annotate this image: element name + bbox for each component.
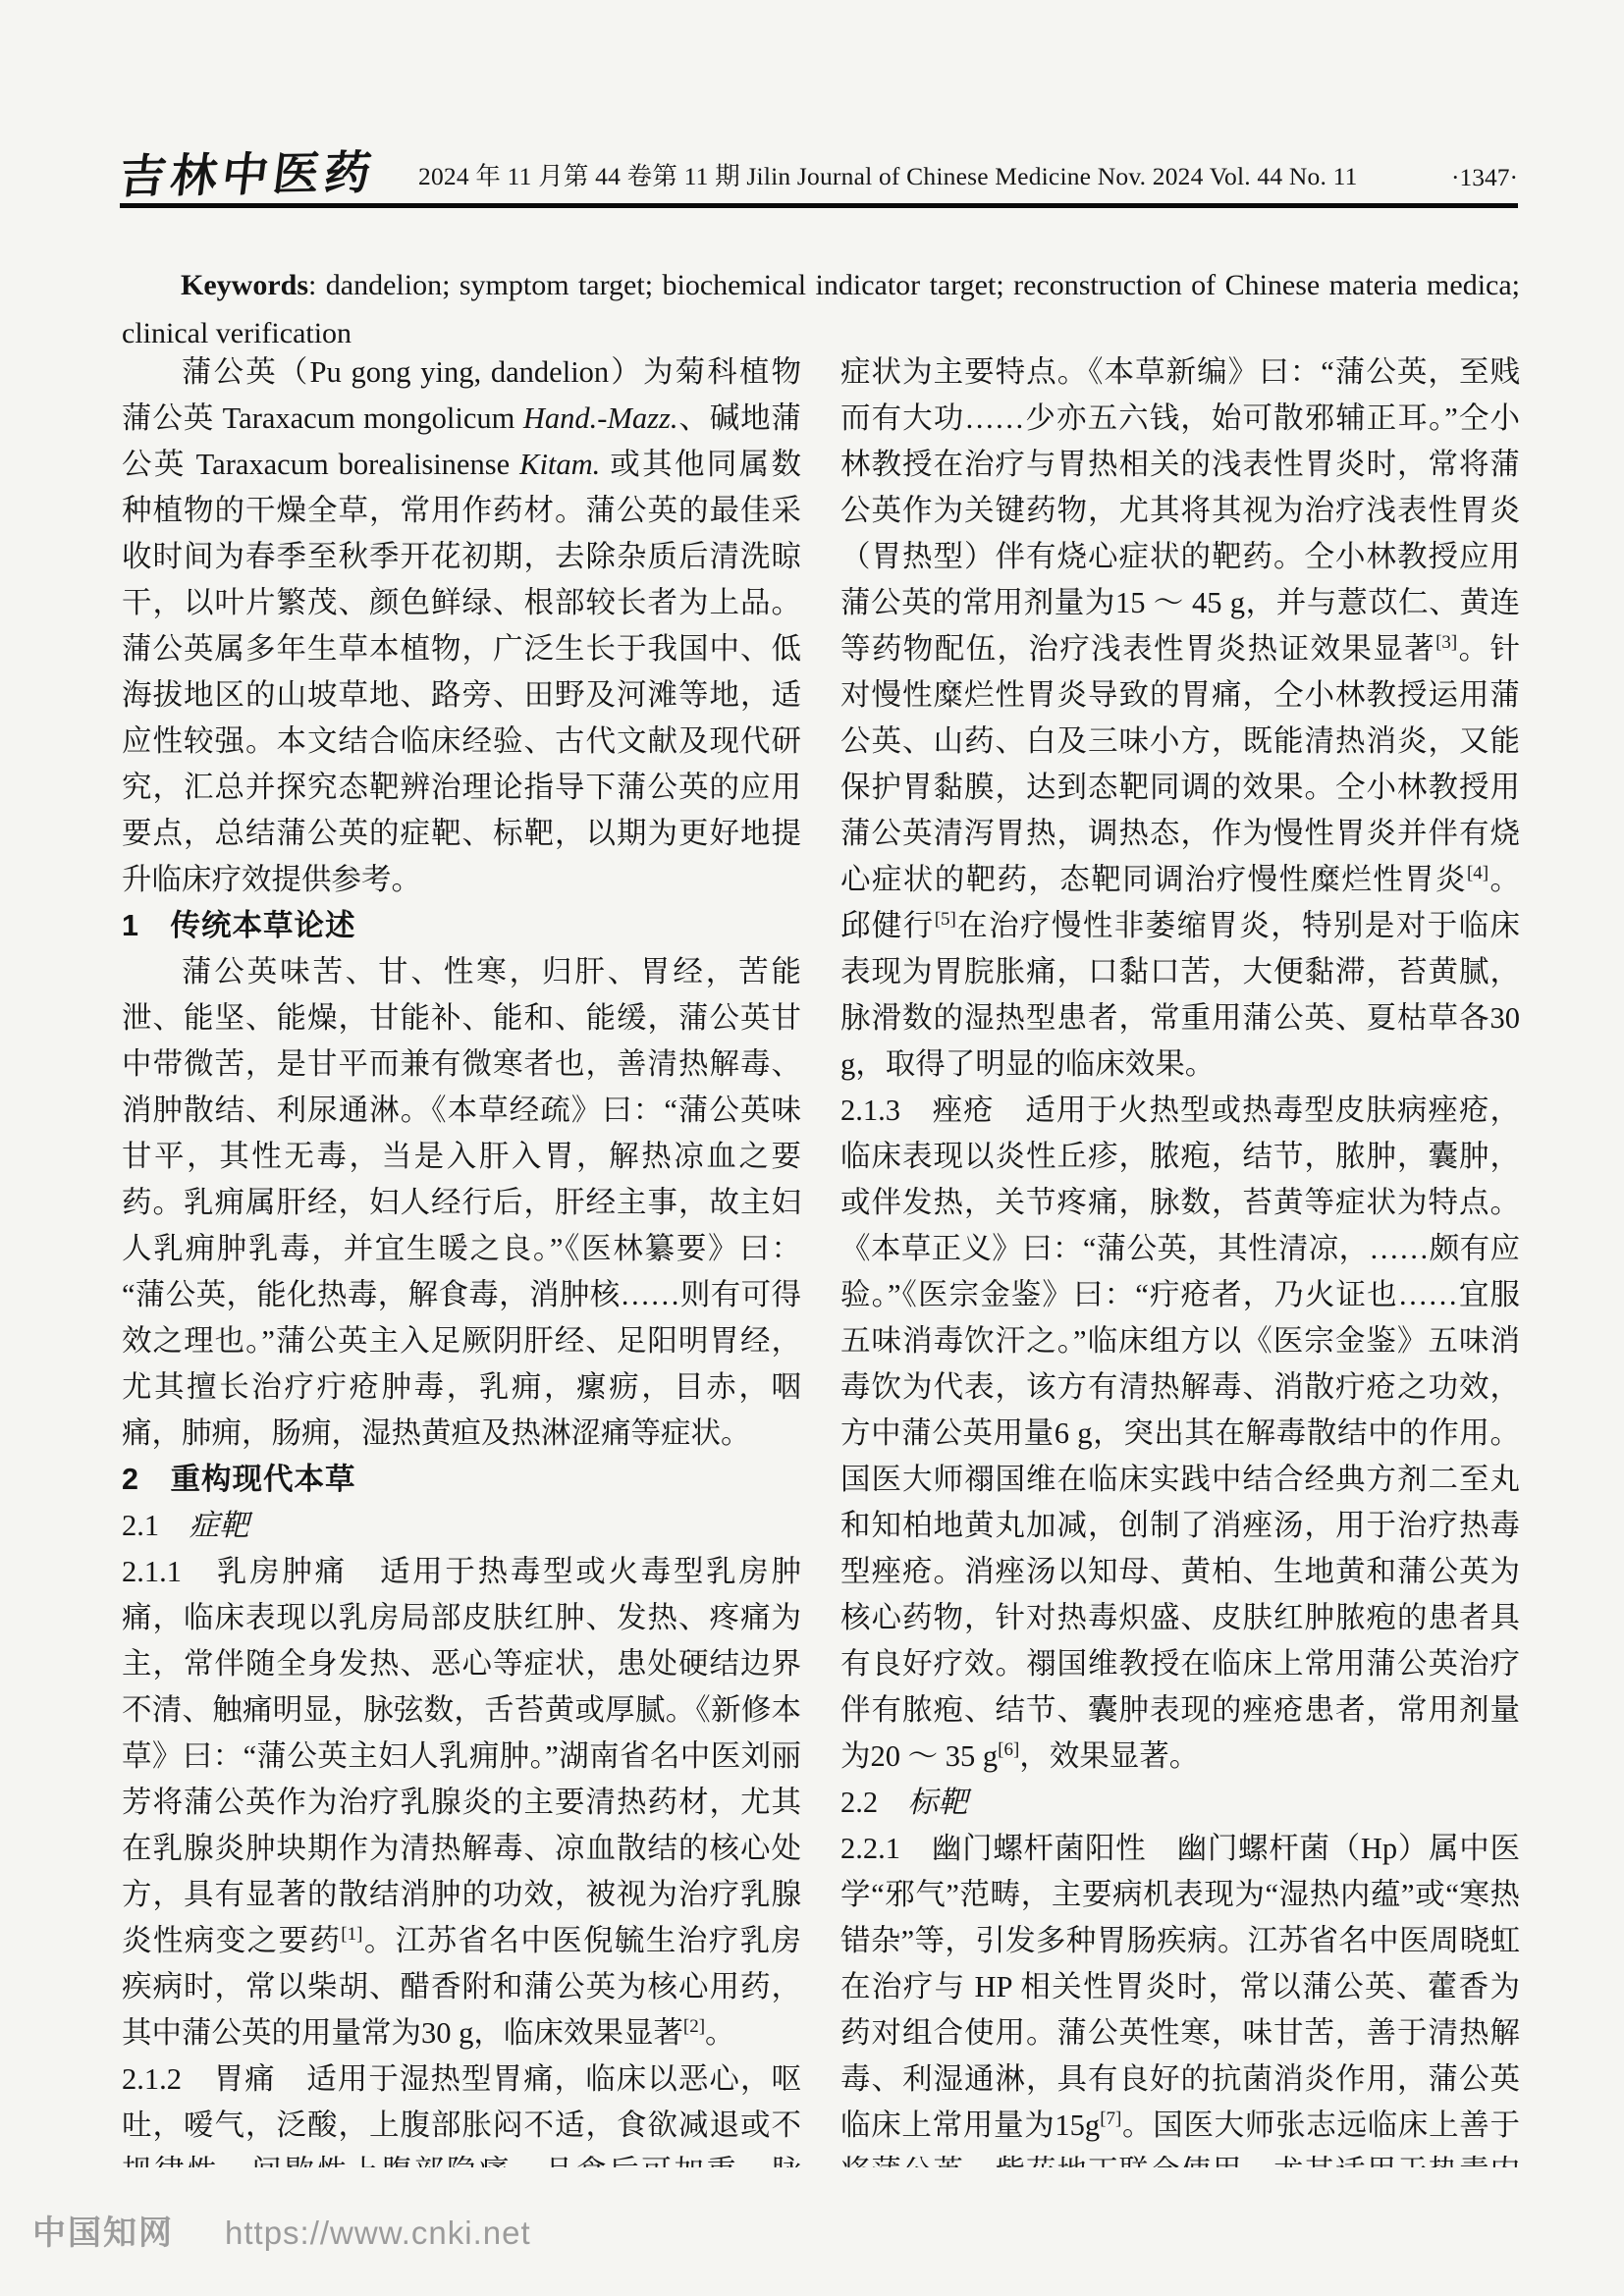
reference-marker: [5] xyxy=(935,909,956,930)
column-left: 蒲公英（Pu gong ying, dandelion）为菊科植物蒲公英 Tar… xyxy=(122,349,801,2167)
cnki-watermark-logo: 中国知网 xyxy=(32,2206,174,2254)
paragraph: 2.1.1 乳房肿痛 适用于热毒型或火毒型乳房肿痛，临床表现以乳房局部皮肤红肿、… xyxy=(122,1549,801,2056)
column-right: 症状为主要特点。《本草新编》曰：“蒲公英，至贱而有大功……少亦五六钱，始可散邪辅… xyxy=(840,349,1520,2167)
keywords-text: : dandelion; symptom target; biochemical… xyxy=(122,269,1520,349)
paragraph: 2.2.1 幽门螺杆菌阳性 幽门螺杆菌（Hp）属中医学“邪气”范畴，主要病机表现… xyxy=(840,1826,1520,2167)
keywords-paragraph: Keywords: dandelion; symptom target; bio… xyxy=(122,261,1520,357)
reference-marker: [2] xyxy=(683,2016,705,2037)
cnki-watermark-url: https://www.cnki.net xyxy=(225,2215,531,2252)
subheading-label: 症靶 xyxy=(189,1509,249,1542)
section-heading: 2 重构现代本草 xyxy=(122,1457,801,1503)
journal-logo: 吉林中医药 xyxy=(117,150,379,203)
header-divider xyxy=(120,203,1518,208)
paragraph: 症状为主要特点。《本草新编》曰：“蒲公英，至贱而有大功……少亦五六钱，始可散邪辅… xyxy=(840,349,1520,1088)
page-header: 吉林中医药 2024 年 11 月第 44 卷第 11 期 Jilin Jour… xyxy=(120,143,1518,200)
reference-marker: [6] xyxy=(998,1739,1019,1760)
keywords-label: Keywords xyxy=(181,269,308,301)
paragraph: 2.1.3 痤疮 适用于火热型或热毒型皮肤病痤疮，临床表现以炎性丘疹，脓疱，结节… xyxy=(840,1088,1520,1780)
latin-name-italic: Hand.-Mazz. xyxy=(523,401,678,435)
section-heading: 1 传统本草论述 xyxy=(122,903,801,949)
reference-marker: [7] xyxy=(1100,2109,1121,2129)
paragraph: 蒲公英味苦、甘、性寒，归肝、胃经，苦能泄、能坚、能燥，甘能补、能和、能缓，蒲公英… xyxy=(122,949,801,1457)
page-number: ·1347· xyxy=(1451,163,1518,200)
reference-marker: [1] xyxy=(341,1924,362,1945)
latin-name-italic: Kitam. xyxy=(519,448,600,481)
section-heading: 2.2 标靶 xyxy=(840,1780,1520,1826)
journal-page: 吉林中医药 2024 年 11 月第 44 卷第 11 期 Jilin Jour… xyxy=(0,0,1624,2296)
reference-marker: [4] xyxy=(1467,863,1489,883)
paragraph: 2.1.2 胃痛 适用于湿热型胃痛，临床以恶心，呕吐，嗳气，泛酸，上腹部胀闷不适… xyxy=(122,2056,801,2167)
subheading-label: 标靶 xyxy=(908,1786,968,1819)
paragraph: 蒲公英（Pu gong ying, dandelion）为菊科植物蒲公英 Tar… xyxy=(122,349,801,903)
section-heading: 2.1 症靶 xyxy=(122,1503,801,1549)
watermark-footer: 中国知网 https://www.cnki.net xyxy=(32,2206,531,2254)
reference-marker: [3] xyxy=(1435,632,1457,653)
journal-issue-info: 2024 年 11 月第 44 卷第 11 期 Jilin Journal of… xyxy=(375,162,1451,200)
